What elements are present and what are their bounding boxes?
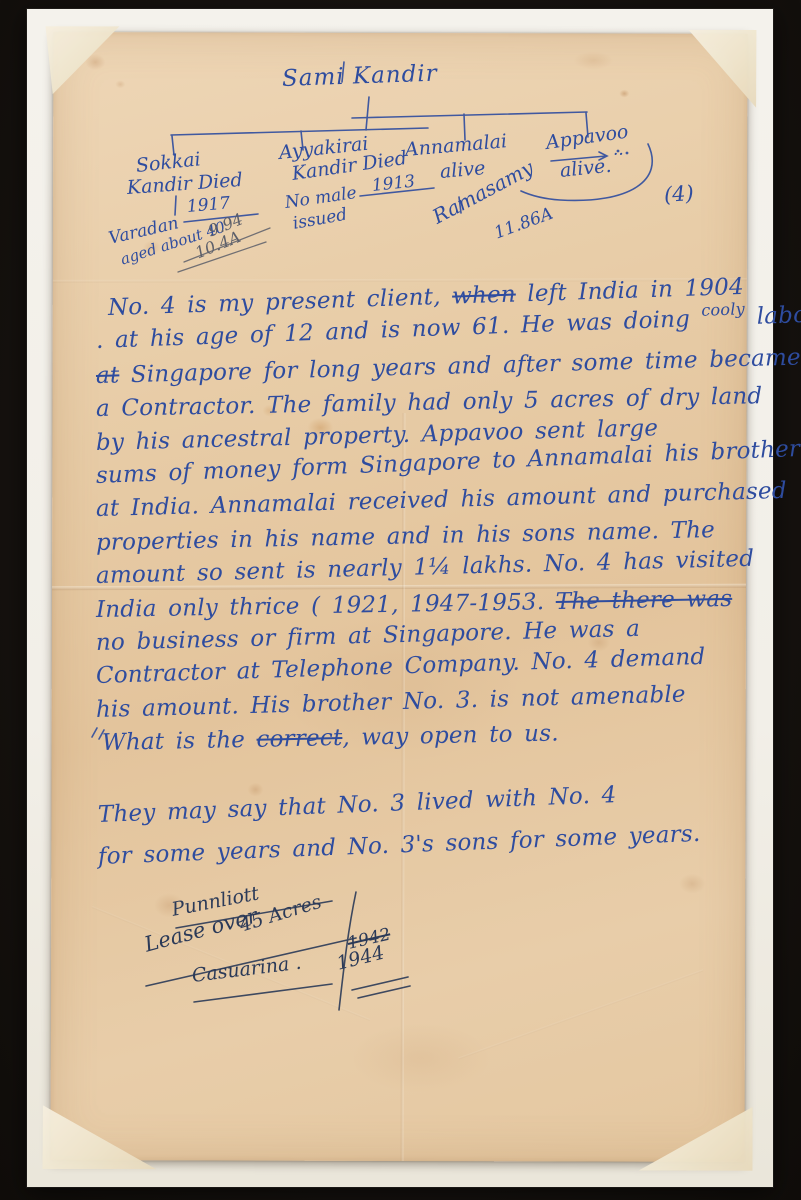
paragraph-1: No. 4 is my present client, when left In… [96,292,740,761]
photo-corner-bottom-right [638,1107,752,1171]
tree-child4-dots: .. [613,140,624,160]
tree-child1-year: 1917 [186,193,231,217]
photo-corner-top-left [45,26,119,94]
photo-corner-bottom-left [43,1105,157,1169]
tree-root-name: Sami Kandir [282,61,439,92]
fold-crease [458,969,703,1059]
page-number: (4) [663,181,694,207]
photo-corner-top-right [688,30,756,108]
document-photo: Sami Kandir Sokkai Kandir Died 1917 Vara… [0,0,801,1200]
paragraph-2: They may say that No. 3 lived with No. 4… [98,794,701,878]
